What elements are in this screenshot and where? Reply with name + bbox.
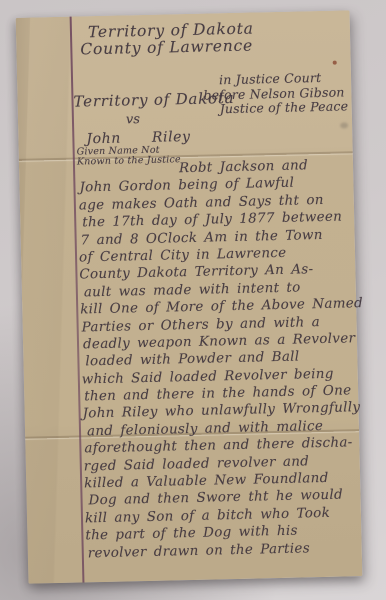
caption-plaintiff: Territory of Dakota xyxy=(73,89,234,111)
handwritten-ink-layer: Territory of Dakota County of Lawrence i… xyxy=(16,10,363,583)
venue-county-line: County of Lawrence xyxy=(80,37,254,58)
court-justice-title-line: Justice of the Peace xyxy=(220,99,349,116)
photo-background: Territory of Dakota County of Lawrence i… xyxy=(0,0,386,600)
affidavit-body: Robt Jackson and John Gordon being of La… xyxy=(77,156,369,562)
document-paper: Territory of Dakota County of Lawrence i… xyxy=(16,10,363,583)
venue-heading: Territory of Dakota County of Lawrence xyxy=(80,20,255,58)
case-caption: Territory of Dakota vs John Riley Given … xyxy=(73,89,236,167)
caption-versus: vs xyxy=(126,110,235,127)
